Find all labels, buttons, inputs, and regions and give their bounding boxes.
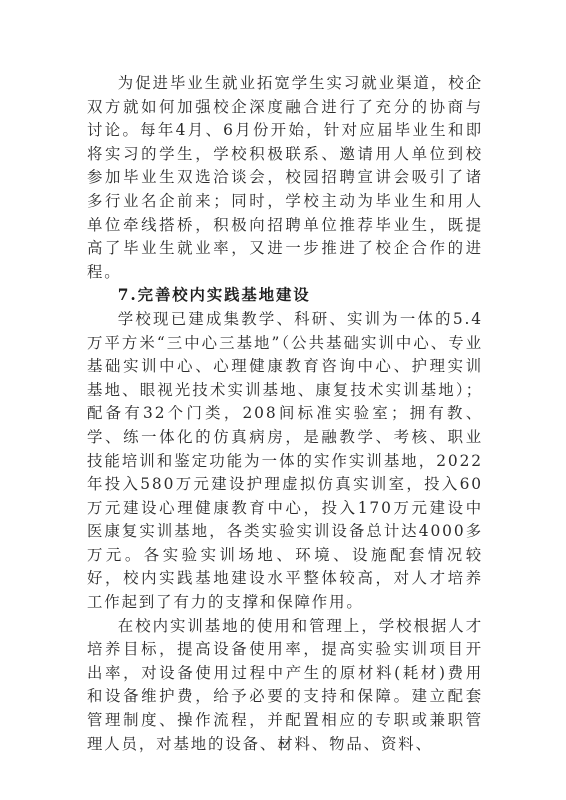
paragraph-practice-base: 学校现已建成集教学、科研、实训为一体的5.4万平方米“三中心三基地”（公共基础实…	[87, 308, 483, 615]
paragraph-employment: 为促进毕业生就业拓宽学生实习就业渠道，校企双方就如何加强校企深度融合进行了充分的…	[87, 72, 483, 284]
page-number: 22	[0, 740, 566, 750]
paragraph-base-management: 在校内实训基地的使用和管理上，学校根据人才培养目标，提高设备使用率，提高实验实训…	[87, 615, 483, 757]
document-page: 为促进毕业生就业拓宽学生实习就业渠道，校企双方就如何加强校企深度融合进行了充分的…	[0, 0, 566, 800]
section-heading: 7.完善校内实践基地建设	[87, 284, 483, 308]
page-body: 为促进毕业生就业拓宽学生实习就业渠道，校企双方就如何加强校企深度融合进行了充分的…	[87, 72, 483, 756]
